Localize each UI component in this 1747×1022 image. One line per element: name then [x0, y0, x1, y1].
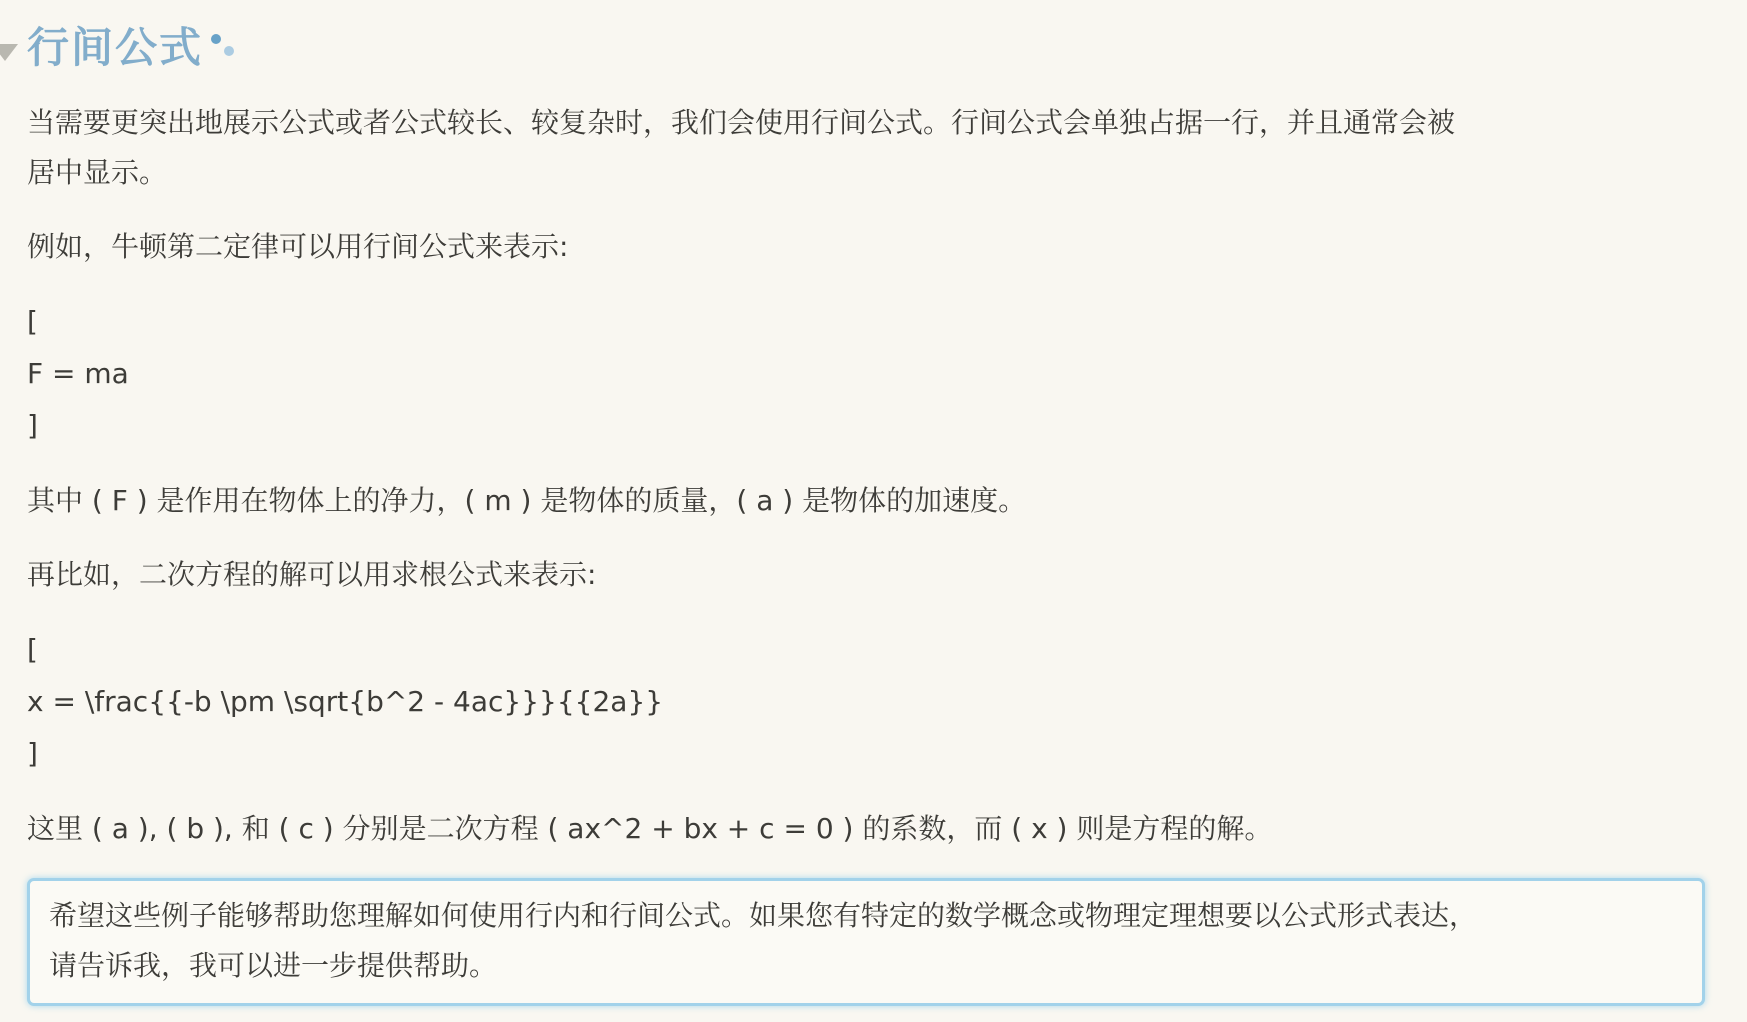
formula2-block: [ x = \frac{{-b \pm \sqrt{b^2 - 4ac}}}{{… [27, 624, 1707, 780]
intro-line-2: 居中显示。 [27, 156, 167, 189]
formula1-close-bracket: ] [27, 409, 38, 442]
explain1-paragraph: 其中 ( F ) 是作用在物体上的净力，( m ) 是物体的质量，( a ) 是… [27, 476, 1707, 526]
document-page: 行间公式 当需要更突出地展示公式或者公式较长、较复杂时，我们会使用行间公式。行间… [0, 0, 1747, 1006]
page-title: 行间公式 [27, 22, 1707, 74]
heading-collapse-arrow-icon[interactable] [0, 44, 18, 61]
example2-label: 再比如，二次方程的解可以用求根公式来表示: [27, 550, 1707, 600]
heading-ornament-dot-secondary [224, 46, 234, 56]
formula2-body: x = \frac{{-b \pm \sqrt{b^2 - 4ac}}}{{2a… [27, 685, 663, 718]
callout-line-2: 请告诉我，我可以进一步提供帮助。 [49, 949, 497, 982]
intro-paragraph: 当需要更突出地展示公式或者公式较长、较复杂时，我们会使用行间公式。行间公式会单独… [27, 98, 1707, 198]
formula2-open-bracket: [ [27, 633, 38, 666]
callout-line-1: 希望这些例子能够帮助您理解如何使用行内和行间公式。如果您有特定的数学概念或物理定… [49, 899, 1477, 932]
example1-label: 例如，牛顿第二定律可以用行间公式来表示: [27, 222, 1707, 272]
page-title-text: 行间公式 [27, 23, 203, 72]
heading-ornament-dot-primary [211, 34, 221, 44]
formula1-body: F = ma [27, 357, 129, 390]
heading-ornament-icon [203, 32, 237, 62]
formula1-block: [ F = ma ] [27, 296, 1707, 452]
formula2-close-bracket: ] [27, 737, 38, 770]
formula1-open-bracket: [ [27, 305, 38, 338]
explain2-paragraph: 这里 ( a ), ( b ), 和 ( c ) 分别是二次方程 ( ax^2 … [27, 804, 1707, 854]
intro-line-1: 当需要更突出地展示公式或者公式较长、较复杂时，我们会使用行间公式。行间公式会单独… [27, 106, 1455, 139]
highlighted-callout-box: 希望这些例子能够帮助您理解如何使用行内和行间公式。如果您有特定的数学概念或物理定… [27, 878, 1705, 1006]
